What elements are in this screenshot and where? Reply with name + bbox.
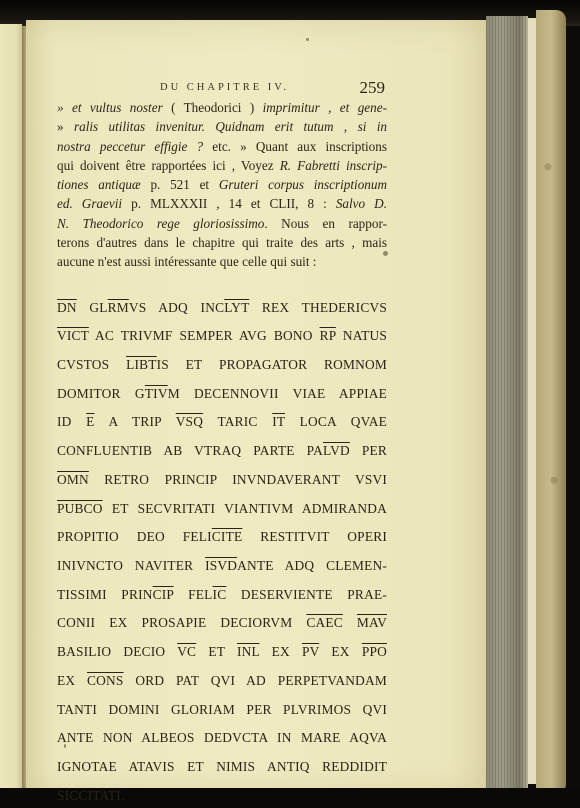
inscription-text [343,615,357,630]
page-number: 259 [360,78,386,98]
inscription-text: INIVNCTO NAVITER [57,558,205,573]
abbreviation-overline: PPO [362,644,387,659]
abbreviation-overline: RP [320,328,336,343]
abbreviation-overline: CITE [212,529,243,544]
italic-text: Gruteri corpus inscriptionum [219,177,387,192]
left-page-edge [0,24,22,788]
italic-text: tiones antiquæ [57,177,141,192]
abbreviation-overline: OMN [57,472,89,487]
abbreviation-overline: CIP [153,587,174,602]
inscription-line: ID E A TRIP VSQ TARIC IT LOCA QVAE [57,408,387,437]
abbreviation-overline: TIV [145,386,168,401]
inscription-line: TANTI DOMINI GLORIAM PER PLVRIMOS QVI [57,696,387,725]
abbreviation-overline: CAEC [306,615,343,630]
inscription-text: ANTE ADQ CLEMEN- [237,558,387,573]
inscription-line: INIVNCTO NAVITER ISVDANTE ADQ CLEMEN- [57,552,387,581]
inscription-text: PER [350,443,387,458]
abbreviation-overline: CONS [87,673,124,688]
italic-text: R. Fabretti inscrip- [280,158,387,173]
roman-text: qui doivent être rapportées ici , Voyez [57,158,280,173]
latin-inscription: DN GLRMVS ADQ INCLYT REX THEDERICVSVICT … [57,294,387,808]
inscription-text: ET SECVRITATI VIANTIVM ADMIRANDA [103,501,387,516]
abbreviation-overline: LYT [224,300,249,315]
abbreviation-overline: RM [108,300,129,315]
italic-text: ed. Graevii [57,196,122,211]
prose-line: ed. Graevii p. MLXXXII , 14 et CLII, 8 :… [57,194,387,213]
paper-stain [306,38,309,41]
inscription-text: SICCITATI. [57,788,125,803]
abbreviation-overline: LIBT [126,357,157,372]
abbreviation-overline: VC [177,644,196,659]
inscription-text: RETRO PRINCIP INVNDAVERANT VSVI [89,472,387,487]
prose-line: » ralis utilitas invenitur. Quidnam erit… [57,117,387,136]
inscription-text: TANTI DOMINI GLORIAM PER PLVRIMOS QVI [57,702,387,717]
inscription-text: FEL [174,587,213,602]
abbreviation-overline: PUBCO [57,501,103,516]
italic-text: nostra peccetur effigie ? [57,139,203,154]
abbreviation-overline: LVD [323,443,350,458]
inscription-text: ID [57,414,86,429]
abbreviation-overline: INL [237,644,259,659]
italic-text: ralis utilitas invenitur. Quidnam erit t… [74,119,387,134]
inscription-text: CONFLUENTIB AB VTRAQ PARTE PA [57,443,323,458]
inscription-text: DOMITOR G [57,386,145,401]
inscription-text: EX [319,644,362,659]
inscription-text: TISSIMI PRIN [57,587,153,602]
inscription-text: M DECENNOVII VIAE APPIAE [168,386,387,401]
page-content: DU CHAPITRE IV. 259 » et vultus noster (… [57,78,387,808]
prose-line: qui doivent être rapportées ici , Voyez … [57,156,387,175]
roman-text: etc. » Quant aux inscriptions [203,139,387,154]
running-title: DU CHAPITRE IV. [160,82,289,93]
page-fore-edge-light [528,18,536,784]
book-cover-edge [536,10,566,794]
inscription-text: AC TRIVMF SEMPER AVG BONO [89,328,320,343]
inscription-text: REX THEDERICVS [249,300,387,315]
abbreviation-overline: IT [272,414,285,429]
roman-text: terons d'autres dans le chapitre qui tra… [57,235,387,250]
inscription-text: LOCA QVAE [285,414,387,429]
prose-line: terons d'autres dans le chapitre qui tra… [57,233,387,252]
inscription-text: A TRIP [95,414,176,429]
inscription-line: SICCITATI. [57,782,387,808]
inscription-line: VICT AC TRIVMF SEMPER AVG BONO RP NATUS [57,322,387,351]
inscription-text: EX [259,644,302,659]
inscription-line: CONFLUENTIB AB VTRAQ PARTE PALVD PER [57,437,387,466]
abbreviation-overline: VSQ [176,414,203,429]
inscription-line: ANTE NON ALBEOS DEDVCTA IN MARE AQVA [57,724,387,753]
inscription-line: DN GLRMVS ADQ INCLYT REX THEDERICVS [57,294,387,323]
abbreviation-overline: E [86,414,94,429]
abbreviation-overline: MAV [357,615,387,630]
inscription-line: OMN RETRO PRINCIP INVNDAVERANT VSVI [57,466,387,495]
roman-text: » [57,119,74,134]
roman-text: ( Theodorici ) [171,100,263,115]
abbreviation-overline: IC [213,587,227,602]
prose-line: » et vultus noster ( Theodorici ) imprim… [57,98,387,117]
inscription-text: IGNOTAE ATAVIS ET NIMIS ANTIQ REDDIDIT [57,759,387,774]
italic-text: et vultus noster [72,100,171,115]
inscription-line: DOMITOR GTIVM DECENNOVII VIAE APPIAE [57,380,387,409]
inscription-line: CONII EX PROSAPIE DECIORVM CAEC MAV [57,609,387,638]
abbreviation-overline: DN [57,300,77,315]
inscription-text: BASILIO DECIO [57,644,177,659]
inscription-text: GL [77,300,108,315]
inscription-text: VS ADQ INC [129,300,224,315]
inscription-text: NATUS [336,328,387,343]
inscription-text: CVSTOS [57,357,126,372]
inscription-text: PROPITIO DEO FELI [57,529,212,544]
inscription-line: IGNOTAE ATAVIS ET NIMIS ANTIQ REDDIDIT [57,753,387,782]
inscription-text: EX [57,673,87,688]
prose-line: nostra peccetur effigie ? etc. » Quant a… [57,137,387,156]
inscription-text: IS ET PROPAGATOR ROMNOM [157,357,387,372]
inscription-text: DESERVIENTE PRAE- [226,587,387,602]
abbreviation-overline: ISVD [205,558,237,573]
abbreviation-overline: VICT [57,328,89,343]
prose-line: tiones antiquæ p. 521 et Gruteri corpus … [57,175,387,194]
running-head: DU CHAPITRE IV. 259 [57,78,387,98]
inscription-text: ANTE NON ALBEOS DEDVCTA IN MARE AQVA [57,730,387,745]
prose-line: aucune n'est aussi intéressante que cell… [57,252,387,271]
prose-line: N. Theodorico rege gloriosissimo. Nous e… [57,214,387,233]
inscription-line: PUBCO ET SECVRITATI VIANTIVM ADMIRANDA [57,495,387,524]
roman-text: p. 521 et [141,177,219,192]
italic-text: Salvo D. [336,196,387,211]
inscription-text: ORD PAT QVI AD PERPETVANDAM [124,673,387,688]
inscription-text: ET [196,644,237,659]
italic-text: » [57,100,72,115]
inscription-line: PROPITIO DEO FELICITE RESTITVIT OPERI [57,523,387,552]
page-fore-edge [486,16,528,790]
inscription-line: TISSIMI PRINCIP FELIC DESERVIENTE PRAE- [57,581,387,610]
inscription-text: RESTITVIT OPERI [242,529,387,544]
roman-text: aucune n'est aussi intéressante que cell… [57,254,316,269]
italic-text: imprimitur , et gene- [263,100,387,115]
inscription-line: BASILIO DECIO VC ET INL EX PV EX PPO [57,638,387,667]
italic-text: N. Theodorico rege gloriosissimo [57,216,264,231]
inscription-text: TARIC [203,414,272,429]
prose-paragraph: » et vultus noster ( Theodorici ) imprim… [57,98,387,272]
inscription-line: CVSTOS LIBTIS ET PROPAGATOR ROMNOM [57,351,387,380]
roman-text: . Nous en rappor- [264,216,387,231]
inscription-line: EX CONS ORD PAT QVI AD PERPETVANDAM [57,667,387,696]
roman-text: p. MLXXXII , 14 et CLII, 8 : [122,196,336,211]
inscription-text: CONII EX PROSAPIE DECIORVM [57,615,306,630]
abbreviation-overline: PV [302,644,319,659]
